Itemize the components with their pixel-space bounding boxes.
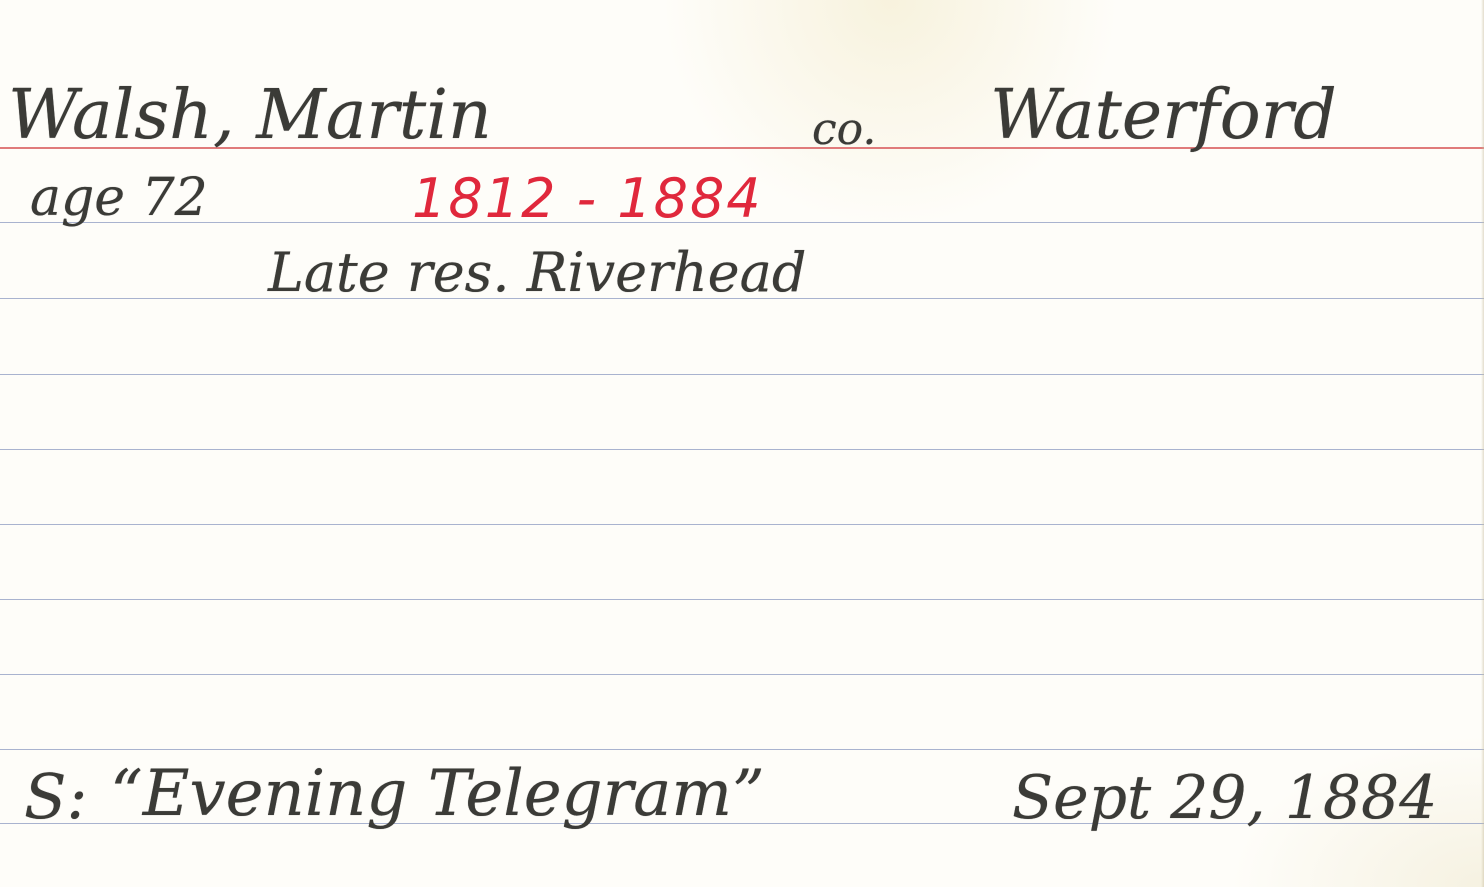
source-date: Sept 29, 1884: [1012, 768, 1437, 828]
ruled-line: [0, 524, 1484, 525]
age: age 72: [30, 172, 208, 224]
source-publication: “Evening Telegram”: [110, 762, 765, 826]
ruled-line: [0, 599, 1484, 600]
lifespan-red: 1812 - 1884: [412, 172, 763, 226]
ruled-line: [0, 674, 1484, 675]
surname-forename: Walsh, Martin: [8, 82, 492, 150]
ruled-line: [0, 749, 1484, 750]
county-prefix: co.: [812, 108, 876, 152]
source-label: S:: [24, 766, 87, 828]
index-card: Walsh, Martin co. Waterford age 72 1812 …: [0, 0, 1484, 887]
ruled-line: [0, 449, 1484, 450]
county-name: Waterford: [990, 82, 1337, 150]
ruled-line: [0, 374, 1484, 375]
late-residence: Late res. Riverhead: [268, 246, 806, 300]
